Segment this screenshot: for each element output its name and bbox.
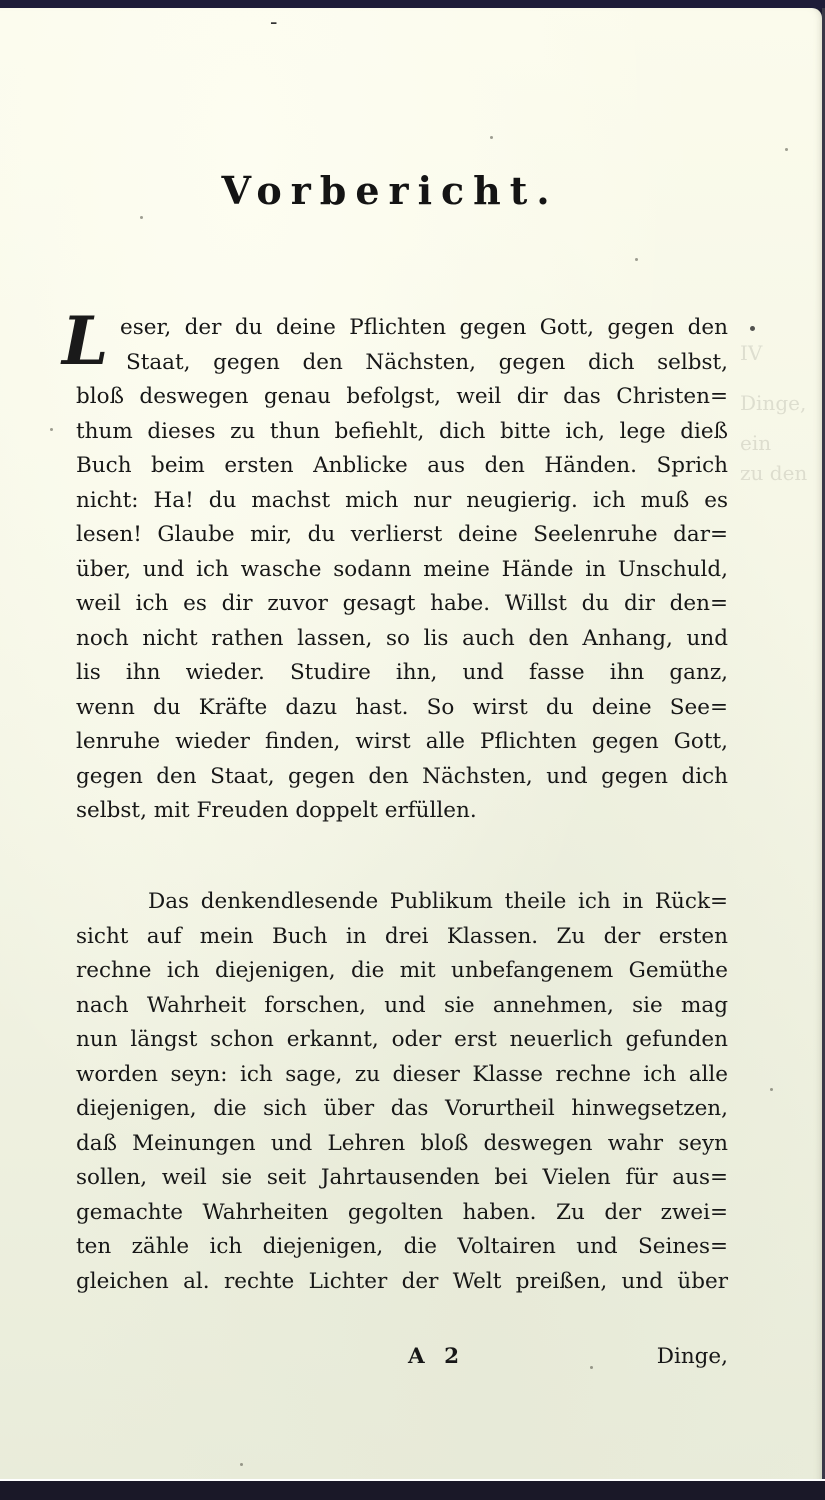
catchword: Dinge, bbox=[657, 1344, 728, 1369]
ink-speck bbox=[490, 136, 493, 139]
text-line: noch nicht rathen lassen, so lis auch de… bbox=[76, 622, 728, 657]
ink-speck bbox=[785, 148, 788, 151]
text-line: worden seyn: ich sage, zu dieser Klasse … bbox=[76, 1058, 728, 1093]
bleed-through-line: ein bbox=[740, 428, 810, 458]
page-footer: A 2 Dinge, bbox=[76, 1344, 728, 1380]
bleed-through-line: Dinge, bbox=[740, 388, 810, 418]
ink-speck bbox=[240, 1463, 243, 1466]
paragraph-1: eser, der du deine Pflichten gegen Gott,… bbox=[76, 311, 728, 829]
paragraph-2: Das denkendlesende Publikum theile ich i… bbox=[76, 885, 728, 1299]
text-line: lenruhe wieder finden, wirst alle Pflich… bbox=[76, 725, 728, 760]
ink-speck bbox=[750, 326, 755, 331]
text-line: daß Meinungen und Lehren bloß deswegen w… bbox=[76, 1127, 728, 1162]
bleed-through-line: zu den bbox=[740, 458, 810, 488]
text-line: diejenigen, die sich über das Vorurtheil… bbox=[76, 1092, 728, 1127]
signature-mark: A 2 bbox=[408, 1344, 465, 1369]
page-title: Vorbericht. bbox=[0, 168, 780, 213]
text-line: selbst, mit Freuden doppelt erfüllen. bbox=[76, 794, 728, 829]
ink-speck bbox=[140, 216, 143, 219]
text-line: eser, der du deine Pflichten gegen Gott,… bbox=[76, 311, 728, 346]
ink-speck bbox=[770, 1088, 773, 1091]
text-line: sollen, weil sie seit Jahrtausenden bei … bbox=[76, 1161, 728, 1196]
text-line: lis ihn wieder. Studire ihn, und fasse i… bbox=[76, 656, 728, 691]
text-line: lesen! Glaube mir, du verlierst deine Se… bbox=[76, 518, 728, 553]
ink-speck bbox=[635, 258, 638, 261]
ink-speck bbox=[590, 1366, 593, 1369]
text-line: gegen den Staat, gegen den Nächsten, und… bbox=[76, 760, 728, 795]
book-page: - IV Dinge, ein zu den Vorbericht. L ese… bbox=[0, 8, 822, 1488]
text-line: ten zähle ich diejenigen, die Voltairen … bbox=[76, 1230, 728, 1265]
text-line: Das denkendlesende Publikum theile ich i… bbox=[76, 885, 728, 920]
text-line: rechne ich diejenigen, die mit unbefange… bbox=[76, 954, 728, 989]
text-line: gleichen al. rechte Lichter der Welt pre… bbox=[76, 1265, 728, 1300]
scan-frame-bottom bbox=[0, 1479, 825, 1500]
text-line: Staat, gegen den Nächsten, gegen dich se… bbox=[76, 346, 728, 381]
bleed-through-text: IV Dinge, ein zu den bbox=[740, 338, 810, 488]
text-line: über, und ich wasche sodann meine Hände … bbox=[76, 553, 728, 588]
text-line: thum dieses zu thun befiehlt, dich bitte… bbox=[76, 415, 728, 450]
text-line: bloß deswegen genau befolgst, weil dir d… bbox=[76, 380, 728, 415]
text-line: Buch beim ersten Anblicke aus den Händen… bbox=[76, 449, 728, 484]
ink-speck bbox=[50, 428, 53, 431]
text-line: wenn du Kräfte dazu hast. So wirst du de… bbox=[76, 691, 728, 726]
text-line: sicht auf mein Buch in drei Klassen. Zu … bbox=[76, 920, 728, 955]
text-line: nach Wahrheit forschen, und sie annehmen… bbox=[76, 989, 728, 1024]
text-line: gemachte Wahrheiten gegolten haben. Zu d… bbox=[76, 1196, 728, 1231]
text-line: weil ich es dir zuvor gesagt habe. Wills… bbox=[76, 587, 728, 622]
bleed-through-line: IV bbox=[740, 338, 810, 368]
page-mark: - bbox=[270, 10, 277, 35]
text-line: nicht: Ha! du machst mich nur neugierig.… bbox=[76, 484, 728, 519]
text-line: nun längst schon erkannt, oder erst neue… bbox=[76, 1023, 728, 1058]
